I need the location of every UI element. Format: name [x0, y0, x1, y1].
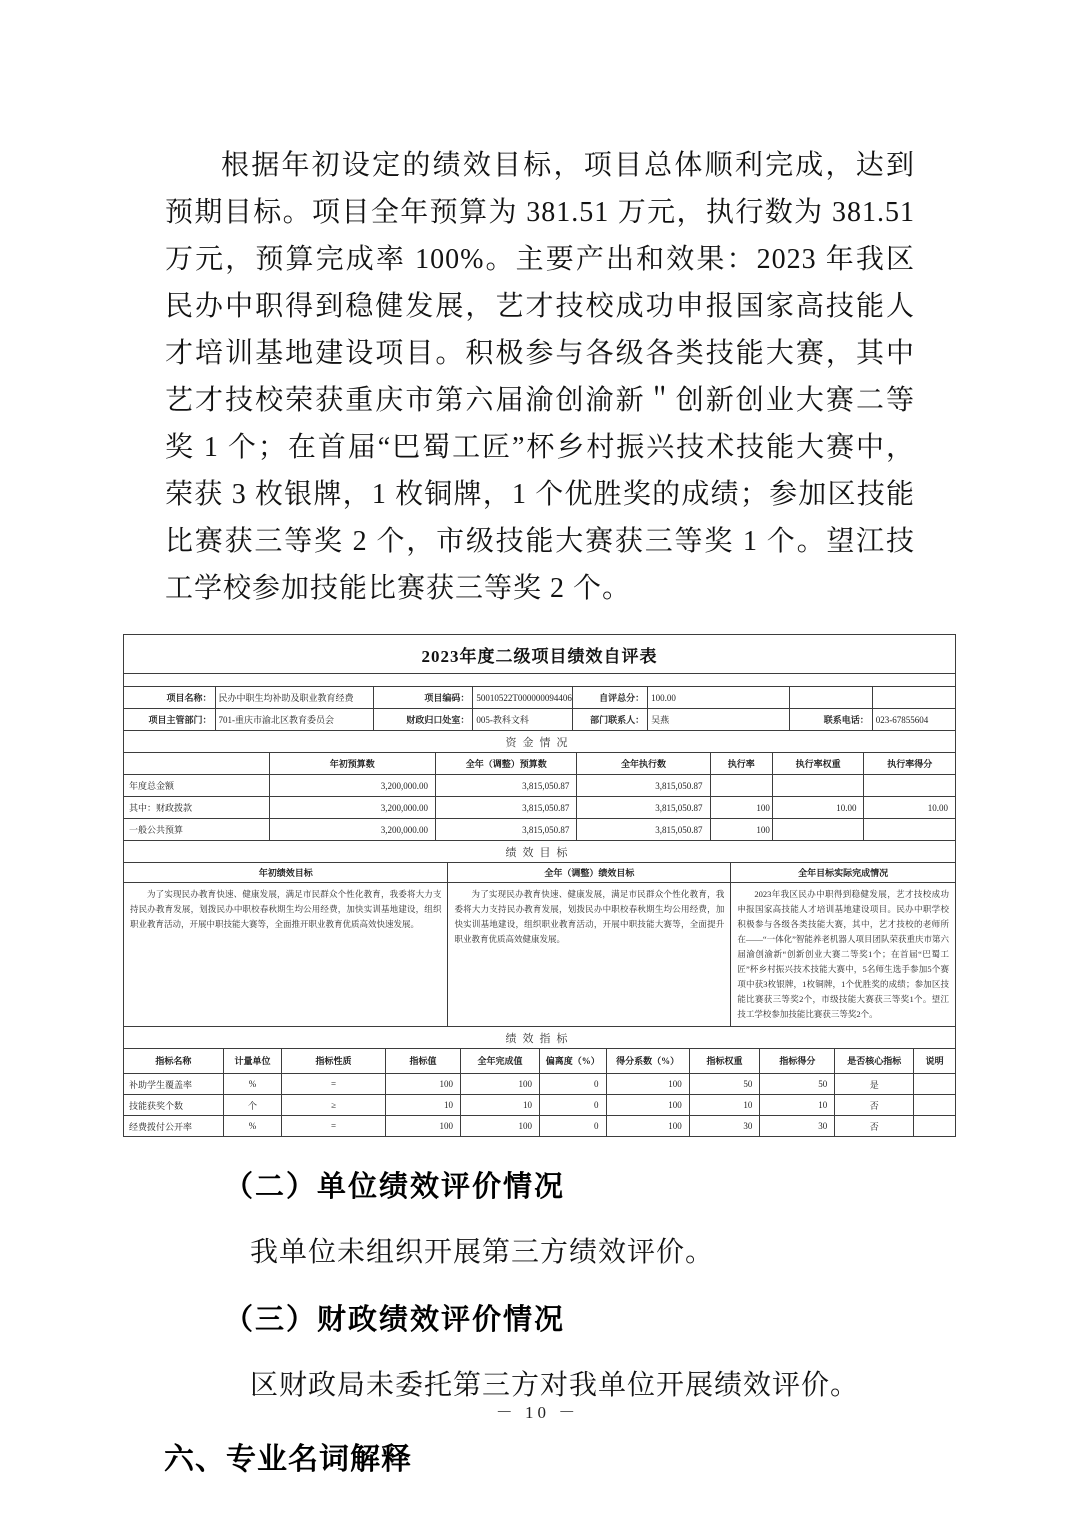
indicator-weight: 30: [689, 1116, 760, 1137]
project-name-label: 项目名称：: [124, 687, 216, 709]
funding-cell: [772, 775, 864, 797]
table-header-section: 2023年度二级项目绩效自评表 项目名称： 民办中职生均补助及职业教育经费 项目…: [123, 634, 956, 731]
indicator-name: 技能获奖个数: [124, 1095, 224, 1116]
funding-cell: 100: [710, 819, 772, 841]
funding-cell: 10.00: [864, 797, 956, 819]
indicator-nature: =: [282, 1074, 386, 1095]
self-evaluation-table: 2023年度二级项目绩效自评表 项目名称： 民办中职生均补助及职业教育经费 项目…: [123, 634, 956, 1137]
funding-cell: 3,200,000.00: [269, 775, 435, 797]
funding-header: 执行率得分: [864, 753, 956, 775]
funding-header: 全年执行数: [577, 753, 710, 775]
indicator-row-awards: 技能获奖个数 个 ≥ 10 10 0 100 10 10 否: [124, 1095, 956, 1116]
indicator-header: 说明: [914, 1049, 956, 1074]
heading-unit-evaluation: （二）单位绩效评价情况: [224, 1164, 1075, 1205]
indicator-header: 指标名称: [124, 1049, 224, 1074]
indicator-score: 10: [760, 1095, 835, 1116]
phone-value: 023-67855604: [872, 709, 955, 731]
phone-label: 联系电话：: [789, 709, 872, 731]
self-score-label: 自评总分：: [573, 687, 648, 709]
goal-actual-text: 2023年我区民办中职得到稳健发展，艺才技校成功申报国家高技能人才培训基地建设项…: [731, 883, 956, 1027]
indicator-score: 30: [760, 1116, 835, 1137]
funding-cell: 3,815,050.87: [435, 775, 576, 797]
goal-adjusted-text: 为了实现民办教育快速、健康发展，满足市民群众个性化教育，我委将大力支持民办教育发…: [448, 883, 731, 1027]
project-name-value: 民办中职生均补助及职业教育经费: [215, 687, 373, 709]
indicator-header: 指标性质: [282, 1049, 386, 1074]
indicator-note: [914, 1095, 956, 1116]
indicator-core-flag: 否: [835, 1116, 914, 1137]
indicator-header: 指标值: [386, 1049, 461, 1074]
funding-cell: 3,815,050.87: [435, 797, 576, 819]
unit-evaluation-body: 我单位未组织开展第三方绩效评价。: [250, 1230, 1075, 1270]
indicator-note: [914, 1074, 956, 1095]
contact-value: 吴燕: [648, 709, 789, 731]
goals-header: 年初绩效目标: [124, 863, 448, 883]
funding-cell: 3,815,050.87: [577, 819, 710, 841]
funding-header: 全年（调整）预算数: [435, 753, 576, 775]
funding-cell: 3,200,000.00: [269, 797, 435, 819]
finance-office-label: 财政归口处室：: [373, 709, 473, 731]
funding-cell: 3,815,050.87: [577, 797, 710, 819]
indicator-completed: 100: [460, 1074, 539, 1095]
indicator-score: 50: [760, 1074, 835, 1095]
indicator-header: 指标得分: [760, 1049, 835, 1074]
funding-row-public-budget: 一般公共预算 3,200,000.00 3,815,050.87 3,815,0…: [124, 819, 956, 841]
funding-row-label: 年度总金额: [124, 775, 270, 797]
goals-content-row: 为了实现民办教育快速、健康发展，满足市民群众个性化教育，我委将大力支持民办教育发…: [124, 883, 956, 1027]
goals-section: 绩效目标 年初绩效目标 全年（调整）绩效目标 全年目标实际完成情况 为了实现民办…: [123, 840, 956, 1027]
goals-header: 全年目标实际完成情况: [731, 863, 956, 883]
indicator-target: 10: [386, 1095, 461, 1116]
indicator-header: 全年完成值: [460, 1049, 539, 1074]
indicator-name: 经费拨付公开率: [124, 1116, 224, 1137]
goals-header: 全年（调整）绩效目标: [448, 863, 731, 883]
goal-initial-text: 为了实现民办教育快速、健康发展，满足市民群众个性化教育，我委将大力支持民办教育发…: [124, 883, 448, 1027]
empty-cell: [789, 687, 872, 709]
indicator-score-coef: 100: [606, 1074, 689, 1095]
document-page: 根据年初设定的绩效目标，项目总体顺利完成，达到预期目标。项目全年预算为 381.…: [0, 0, 1075, 1520]
indicator-header: 指标权重: [689, 1049, 760, 1074]
funding-cell: 10.00: [772, 797, 864, 819]
funding-cell: 3,815,050.87: [577, 775, 710, 797]
heading-terminology: 六、专业名词解释: [164, 1434, 1075, 1478]
indicator-completed: 10: [460, 1095, 539, 1116]
funding-section: 资金情况 年初预算数 全年（调整）预算数 全年执行数 执行率 执行率权重 执行率…: [123, 730, 956, 841]
indicator-row-disclosure: 经费拨付公开率 % = 100 100 0 100 30 30 否: [124, 1116, 956, 1137]
funding-cell: [772, 819, 864, 841]
project-code-value: 50010522T000000094406: [473, 687, 573, 709]
goals-section-title: 绩效目标: [124, 841, 956, 863]
indicators-section: 绩效指标 指标名称 计量单位 指标性质 指标值 全年完成值 偏离度（%） 得分系…: [123, 1026, 956, 1137]
funding-row-total: 年度总金额 3,200,000.00 3,815,050.87 3,815,05…: [124, 775, 956, 797]
project-code-label: 项目编码：: [373, 687, 473, 709]
table-title: 2023年度二级项目绩效自评表: [124, 635, 956, 674]
funding-cell: 3,200,000.00: [269, 819, 435, 841]
indicators-section-title: 绩效指标: [124, 1027, 956, 1049]
heading-finance-evaluation: （三）财政绩效评价情况: [224, 1297, 1075, 1338]
indicator-score-coef: 100: [606, 1095, 689, 1116]
funding-cell: 100: [710, 797, 772, 819]
indicator-unit: %: [223, 1074, 281, 1095]
indicator-core-flag: 否: [835, 1095, 914, 1116]
indicator-header: 是否核心指标: [835, 1049, 914, 1074]
summary-paragraph: 根据年初设定的绩效目标，项目总体顺利完成，达到预期目标。项目全年预算为 381.…: [165, 142, 915, 612]
dept-label: 项目主管部门：: [124, 709, 216, 731]
indicator-target: 100: [386, 1116, 461, 1137]
contact-label: 部门联系人：: [573, 709, 648, 731]
funding-header: 执行率权重: [772, 753, 864, 775]
funding-header: [124, 753, 270, 775]
indicator-target: 100: [386, 1074, 461, 1095]
indicator-header: 偏离度（%）: [539, 1049, 606, 1074]
dept-value: 701-重庆市渝北区教育委员会: [215, 709, 373, 731]
indicator-nature: =: [282, 1116, 386, 1137]
empty-cell: [872, 687, 955, 709]
spacer-row: [124, 674, 956, 687]
funding-row-label: 其中：财政拨款: [124, 797, 270, 819]
finance-office-value: 005-教科文科: [473, 709, 573, 731]
finance-evaluation-body: 区财政局未委托第三方对我单位开展绩效评价。: [250, 1363, 1075, 1403]
funding-header: 年初预算数: [269, 753, 435, 775]
indicator-header: 计量单位: [223, 1049, 281, 1074]
funding-header-row: 年初预算数 全年（调整）预算数 全年执行数 执行率 执行率权重 执行率得分: [124, 753, 956, 775]
indicator-nature: ≥: [282, 1095, 386, 1116]
indicator-header: 得分系数（%）: [606, 1049, 689, 1074]
indicator-unit: 个: [223, 1095, 281, 1116]
indicator-note: [914, 1116, 956, 1137]
funding-row-fiscal: 其中：财政拨款 3,200,000.00 3,815,050.87 3,815,…: [124, 797, 956, 819]
funding-cell: [864, 819, 956, 841]
project-info-row-1: 项目名称： 民办中职生均补助及职业教育经费 项目编码： 50010522T000…: [124, 687, 956, 709]
indicator-core-flag: 是: [835, 1074, 914, 1095]
funding-header: 执行率: [710, 753, 772, 775]
indicator-weight: 10: [689, 1095, 760, 1116]
indicator-deviation: 0: [539, 1095, 606, 1116]
project-info-row-2: 项目主管部门： 701-重庆市渝北区教育委员会 财政归口处室： 005-教科文科…: [124, 709, 956, 731]
goals-header-row: 年初绩效目标 全年（调整）绩效目标 全年目标实际完成情况: [124, 863, 956, 883]
indicator-unit: %: [223, 1116, 281, 1137]
indicator-score-coef: 100: [606, 1116, 689, 1137]
funding-row-label: 一般公共预算: [124, 819, 270, 841]
indicator-deviation: 0: [539, 1074, 606, 1095]
funding-cell: [710, 775, 772, 797]
funding-section-title: 资金情况: [124, 731, 956, 753]
indicators-header-row: 指标名称 计量单位 指标性质 指标值 全年完成值 偏离度（%） 得分系数（%） …: [124, 1049, 956, 1074]
indicator-completed: 100: [460, 1116, 539, 1137]
indicator-weight: 50: [689, 1074, 760, 1095]
self-score-value: 100.00: [648, 687, 789, 709]
funding-cell: 3,815,050.87: [435, 819, 576, 841]
indicator-name: 补助学生覆盖率: [124, 1074, 224, 1095]
funding-cell: [864, 775, 956, 797]
page-number: － 10 －: [0, 1398, 1075, 1423]
indicator-row-coverage: 补助学生覆盖率 % = 100 100 0 100 50 50 是: [124, 1074, 956, 1095]
indicator-deviation: 0: [539, 1116, 606, 1137]
